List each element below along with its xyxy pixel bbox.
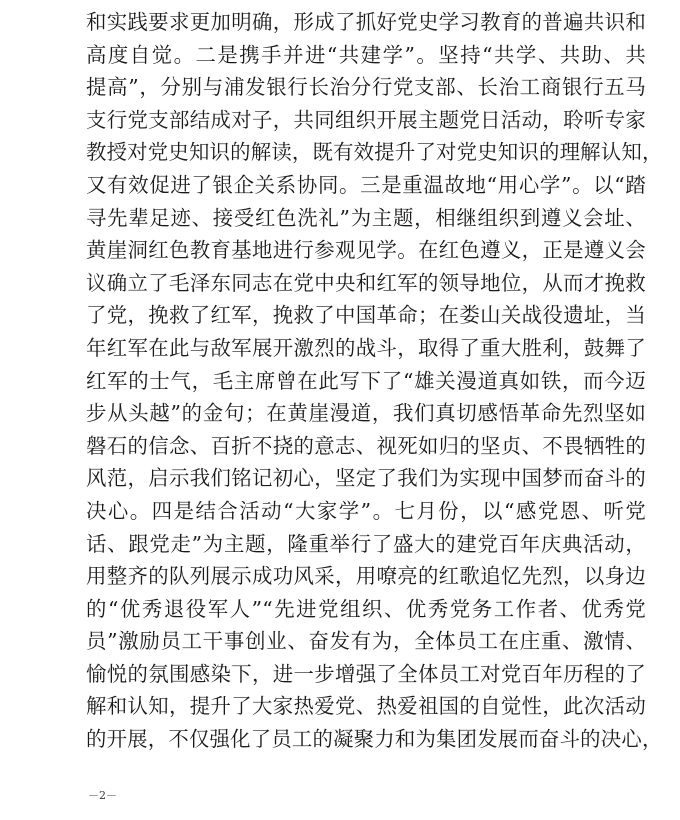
text-line: 支行党支部结成对子，共同组织开展主题党日活动，聆听专家 (86, 104, 646, 137)
text-line: 提高”，分别与浦发银行长治分行党支部、长治工商银行五马 (86, 71, 646, 104)
text-line: 红军的士气，毛主席曾在此写下了“雄关漫道真如铁，而今迈 (86, 365, 646, 398)
text-line: 黄崖洞红色教育基地进行参观见学。在红色遵义，正是遵义会 (86, 234, 646, 267)
text-line: 的开展，不仅强化了员工的凝聚力和为集团发展而奋斗的决心， (86, 723, 646, 756)
document-page: 和实践要求更加明确，形成了抓好党史学习教育的普遍共识和 高度自觉。二是携手并进“… (0, 0, 680, 820)
text-line: 教授对党史知识的解读，既有效提升了对党史知识的理解认知， (86, 136, 646, 169)
text-line: 又有效促进了银企关系协同。三是重温故地“用心学”。以“踏 (86, 169, 646, 202)
text-line: 愉悦的氛围感染下，进一步增强了全体员工对党百年历程的了 (86, 658, 646, 691)
text-line: 磐石的信念、百折不挠的意志、视死如归的坚贞、不畏牺牲的 (86, 430, 646, 463)
text-line: 风范，启示我们铭记初心，坚定了我们为实现中国梦而奋斗的 (86, 462, 646, 495)
text-line: 的“优秀退役军人”“先进党组织、优秀党务工作者、优秀党 (86, 593, 646, 626)
page-number: －2－ (88, 787, 117, 803)
text-line: 高度自觉。二是携手并进“共建学”。坚持“共学、共助、共 (86, 39, 646, 72)
text-line: 寻先辈足迹、接受红色洗礼”为主题，相继组织到遵义会址、 (86, 202, 646, 235)
text-line: 步从头越”的金句；在黄崖漫道，我们真切感悟革命先烈坚如 (86, 397, 646, 430)
text-line: 决心。四是结合活动“大家学”。七月份，以“感党恩、听党 (86, 495, 646, 528)
text-line: 议确立了毛泽东同志在党中央和红军的领导地位，从而才挽救 (86, 267, 646, 300)
text-line: 年红军在此与敌军展开激烈的战斗，取得了重大胜利，鼓舞了 (86, 332, 646, 365)
body-text: 和实践要求更加明确，形成了抓好党史学习教育的普遍共识和 高度自觉。二是携手并进“… (86, 6, 646, 756)
text-line: 话、跟党走”为主题，隆重举行了盛大的建党百年庆典活动， (86, 528, 646, 561)
text-line: 用整齐的队列展示成功风采，用嘹亮的红歌追忆先烈，以身边 (86, 560, 646, 593)
text-line: 员”激励员工干事创业、奋发有为，全体员工在庄重、激情、 (86, 625, 646, 658)
text-line: 解和认知，提升了大家热爱党、热爱祖国的自觉性，此次活动 (86, 690, 646, 723)
text-line: 和实践要求更加明确，形成了抓好党史学习教育的普遍共识和 (86, 6, 646, 39)
text-line: 了党，挽救了红军，挽救了中国革命；在娄山关战役遗址，当 (86, 299, 646, 332)
